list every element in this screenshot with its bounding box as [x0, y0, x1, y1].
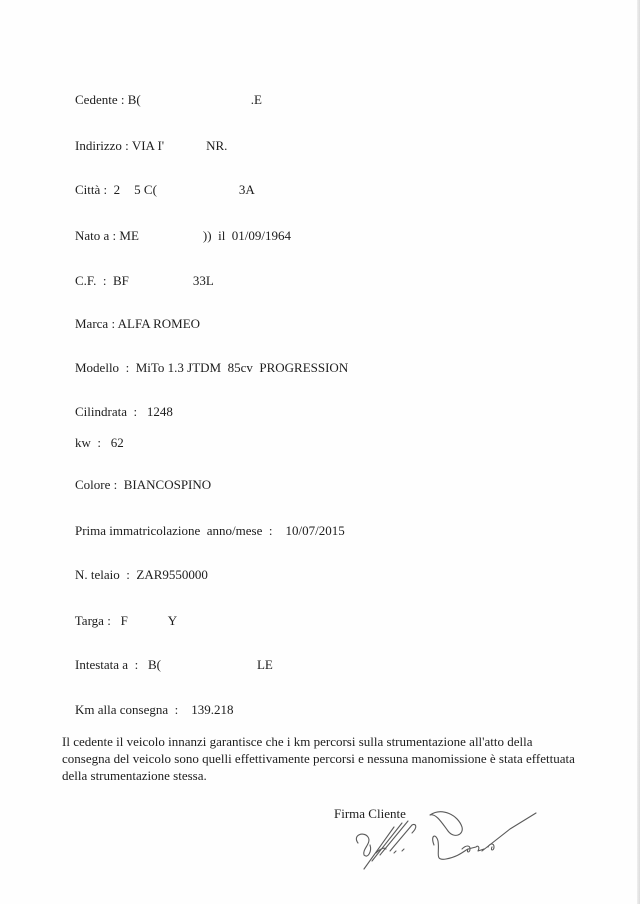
declaration-line: consegna del veicolo sono quelli effetti… [62, 750, 582, 767]
field-value: 139.218 [191, 702, 233, 717]
field-value: VIA I' [132, 138, 164, 153]
field-label: Cedente [75, 92, 118, 107]
field-indirizzo: Indirizzo : VIA I'NR. [62, 122, 227, 170]
field-value: .E [251, 92, 262, 107]
field-cedente: Cedente : B(.E [62, 76, 262, 124]
field-label: C.F. [75, 273, 96, 288]
field-label: Marca [75, 316, 108, 331]
field-value: ZAR9550000 [136, 567, 208, 582]
declaration-line: Il cedente il veicolo innanzi garantisce… [62, 733, 582, 750]
field-value: F [121, 613, 128, 628]
field-label: Intestata a [75, 657, 128, 672]
field-label: N. telaio [75, 567, 120, 582]
declaration-paragraph: Il cedente il veicolo innanzi garantisce… [62, 733, 582, 784]
field-value: ALFA ROMEO [118, 316, 200, 331]
document-page: Cedente : B(.E Indirizzo : VIA I'NR. Cit… [0, 0, 640, 904]
field-label: Colore [75, 477, 110, 492]
field-separator: : [262, 523, 285, 538]
signature-image [350, 805, 550, 875]
field-label: kw [75, 435, 91, 450]
field-marca: Marca : ALFA ROMEO [62, 300, 200, 348]
field-value: 3A [239, 182, 255, 197]
field-value: 5 C( [134, 182, 157, 197]
field-value: 2 [114, 182, 121, 197]
field-telaio: N. telaio : ZAR9550000 [62, 551, 208, 599]
field-separator: : [128, 657, 148, 672]
field-label: Città [75, 182, 100, 197]
declaration-line: della strumentazione stessa. [62, 767, 582, 784]
field-separator: : [109, 228, 119, 243]
field-separator: : [100, 182, 113, 197]
field-label: Modello [75, 360, 119, 375]
field-label: Prima immatricolazione anno/mese [75, 523, 262, 538]
field-value: NR. [206, 138, 227, 153]
field-separator: : [91, 435, 111, 450]
field-value: )) il 01/09/1964 [203, 228, 291, 243]
field-value: MiTo 1.3 JTDM 85cv PROGRESSION [136, 360, 349, 375]
field-intestata-a: Intestata a : B(LE [62, 641, 273, 689]
field-separator: : [108, 316, 117, 331]
field-separator: : [119, 360, 136, 375]
field-targa: Targa : FY [62, 597, 177, 645]
field-label: Km alla consegna [75, 702, 168, 717]
field-value: B( [148, 657, 161, 672]
field-value: BIANCOSPINO [124, 477, 211, 492]
field-value: LE [257, 657, 273, 672]
field-value: 33L [193, 273, 214, 288]
field-value: 62 [111, 435, 124, 450]
field-km-consegna: Km alla consegna : 139.218 [62, 686, 234, 734]
field-value: 10/07/2015 [285, 523, 344, 538]
field-label: Cilindrata [75, 404, 127, 419]
field-value: BF [113, 273, 129, 288]
field-nato-a: Nato a : ME)) il 01/09/1964 [62, 212, 291, 260]
field-separator: : [96, 273, 113, 288]
field-separator: : [168, 702, 191, 717]
field-separator: : [127, 404, 147, 419]
field-separator: : [118, 92, 128, 107]
field-separator: : [110, 477, 123, 492]
field-value: 1248 [147, 404, 173, 419]
field-value: Y [168, 613, 177, 628]
field-label: Nato a [75, 228, 109, 243]
field-separator: : [122, 138, 132, 153]
field-separator: : [120, 567, 137, 582]
field-colore: Colore : BIANCOSPINO [62, 461, 211, 509]
field-separator: : [104, 613, 121, 628]
field-modello: Modello : MiTo 1.3 JTDM 85cv PROGRESSION [62, 344, 348, 392]
field-value: ME [119, 228, 139, 243]
field-citta: Città : 25 C(3A [62, 166, 255, 214]
field-kw: kw : 62 [62, 419, 124, 467]
field-label: Indirizzo [75, 138, 122, 153]
field-codice-fiscale: C.F. : BF33L [62, 257, 214, 305]
field-value: B( [128, 92, 141, 107]
field-label: Targa [75, 613, 104, 628]
field-prima-immatricolazione: Prima immatricolazione anno/mese : 10/07… [62, 507, 345, 555]
